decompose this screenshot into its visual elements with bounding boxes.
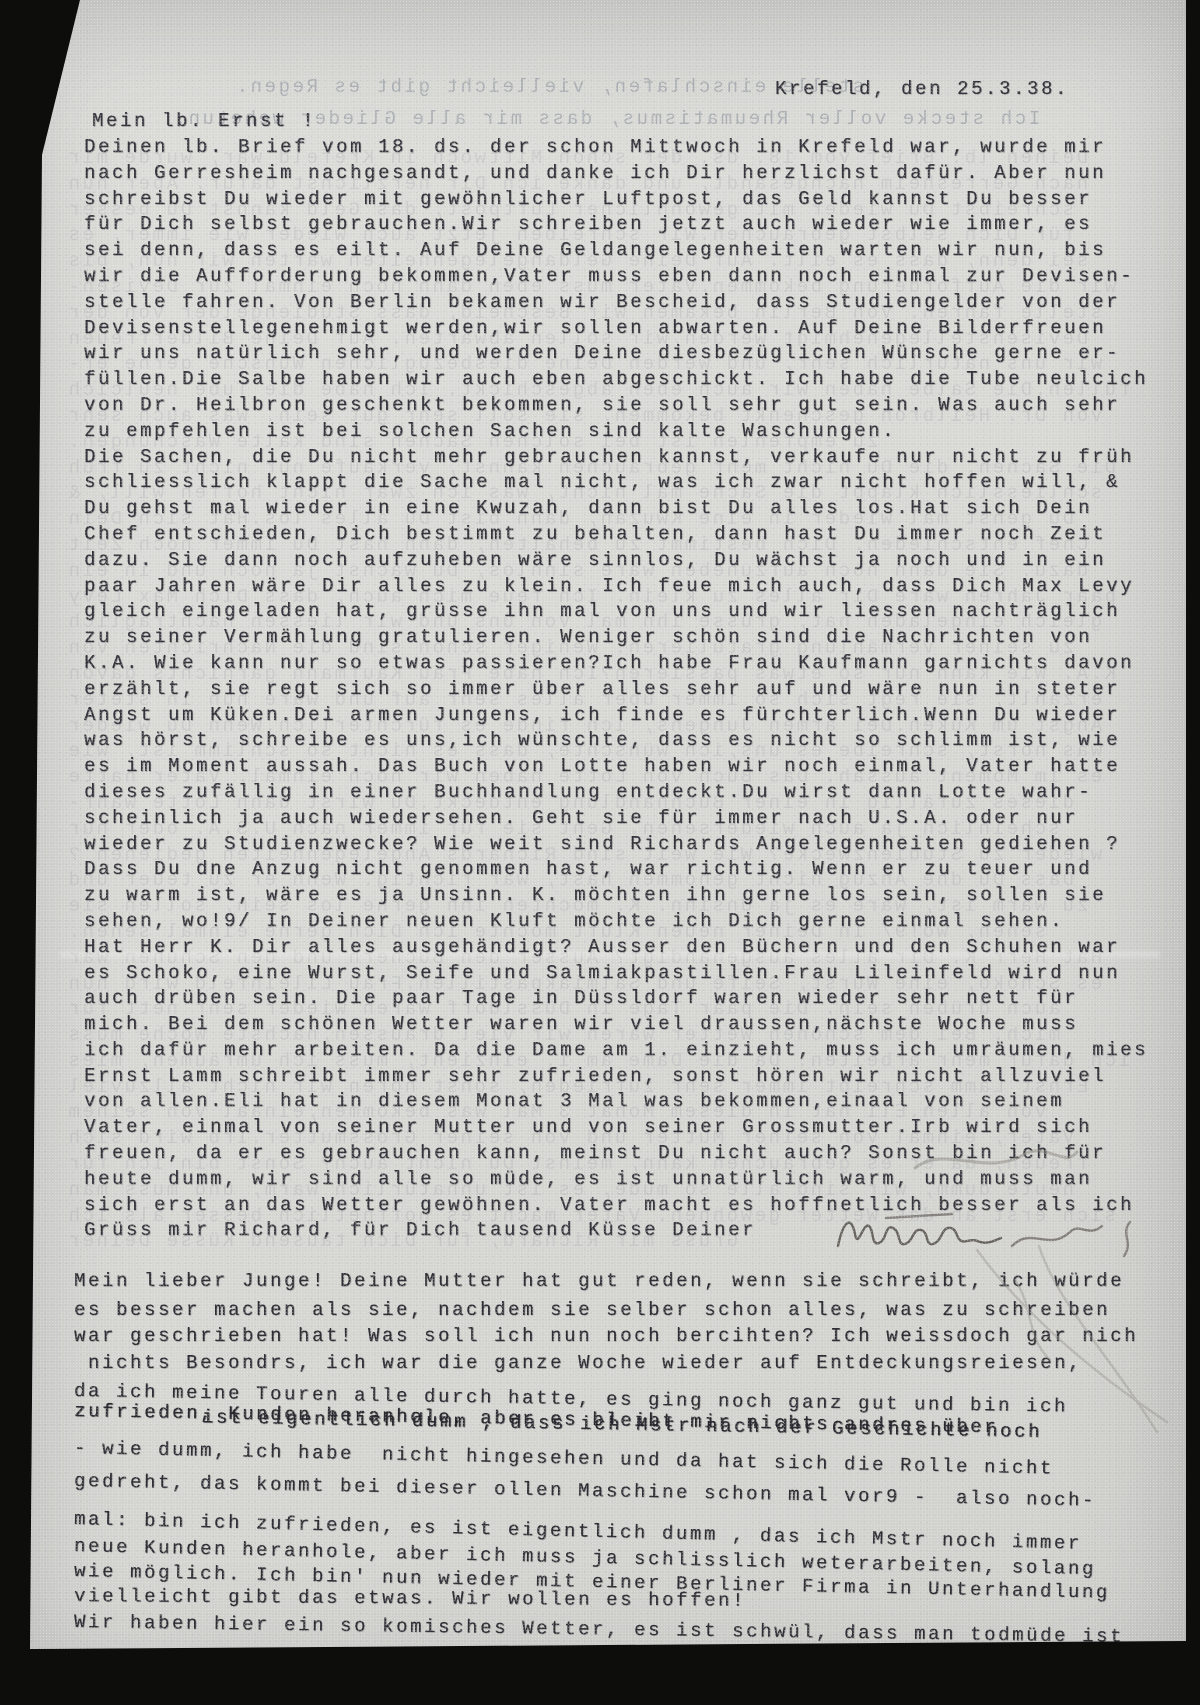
letter-line: nichts Besondrs, ich war die ganze Woche… [74,1352,1082,1374]
letter-line: Wir haben hier ein so komisches Wetter, … [74,1611,1124,1648]
letter-line: stelle fahren. Von Berlin bekamen wir Be… [84,290,1148,316]
letter-line: Mein lieber Junge! Deine Mutter hat gut … [74,1270,1124,1292]
letter-line: Devisenstellegenehmigt werden,wir sollen… [84,316,1148,342]
letter-line: Vater, einmal von seiner Mutter und von … [84,1115,1148,1141]
letter-line: wir uns natürlich sehr, und werden Deine… [84,341,1148,367]
letter-line: füllen.Die Salbe haben wir auch eben abg… [84,367,1148,393]
bleed-through-line: stelle einschlafen, vielleicht gibt es R… [150,54,864,98]
letter-line: wir die Aufforderung bekommen,Vater muss… [84,264,1148,290]
letter-line: sehen, wo!9/ In Deiner neuen Kluft möcht… [84,909,1148,935]
letter-line: mich. Bei dem schönen Wetter waren wir v… [84,1012,1148,1038]
letter-line: schreibst Du wieder mit gewöhnlicher Luf… [84,187,1148,213]
letter-line: K.A. Wie kann nur so etwas passieren?Ich… [84,651,1148,677]
letter-line: Du gehst mal wieder in eine Kwuzah, dann… [84,496,1148,522]
letter-line: sich erst an das Wetter gewöhnen. Vater … [84,1193,1148,1219]
letter-line: Die Sachen, die Du nicht mehr gebrauchen… [84,445,1148,471]
letter-line: Angst um Küken.Dei armen Jungens, ich fi… [84,703,1148,729]
letter-line: für Dich selbst gebrauchen.Wir schreiben… [84,212,1148,238]
letter-line: freuen, da er es gebrauchen kann, meinst… [84,1141,1148,1167]
dateline: Krefeld, den 25.3.38. [775,78,1069,100]
letter-line: Dass Du dne Anzug nicht genommen hast, w… [84,857,1148,883]
letter-line: Hat Herr K. Dir alles ausgehändigt? Auss… [84,935,1148,961]
letter-line: es Schoko, eine Wurst, Seife und Salmiak… [84,961,1148,987]
letter-line: paar Jahren wäre Dir alles zu klein. Ich… [84,574,1148,600]
letter-body-part1: Deinen lb. Brief vom 18. ds. der schon M… [84,135,1148,1244]
letter-line: von Dr. Heilbron geschenkt bekommen, sie… [84,393,1148,419]
letter-line: von allen.Eli hat in diesem Monat 3 Mal … [84,1089,1148,1115]
letter-line: gleich eingeladen hat, grüsse ihn mal vo… [84,599,1148,625]
letter-line: es im Moment aussah. Das Buch von Lotte … [84,754,1148,780]
letter-line: zu warm ist, wäre es ja Unsinn. K. möcht… [84,883,1148,909]
letter-line: schliesslich klappt die Sache mal nicht,… [84,470,1148,496]
letter-line: erzählt, sie regt sich so immer über all… [84,677,1148,703]
letter-line: es besser machen als sie, nachdem sie se… [74,1299,1110,1321]
letter-line: dazu. Sie dann noch aufzuheben wäre sinn… [84,548,1148,574]
letter-line: Chef entschieden, Dich bestimmt zu behal… [84,522,1148,548]
letter-line: was hörst, schreibe es uns,ich wünschte,… [84,728,1148,754]
letter-line: Deinen lb. Brief vom 18. ds. der schon M… [84,135,1148,161]
letter-line: heute dumm, wir sind alle so müde, es is… [84,1167,1148,1193]
letter-paper: stelle einschlafen, vielleicht gibt es R… [0,0,1200,1705]
letter-line: wieder zu Studienzwecke? Wie weit sind R… [84,832,1148,858]
letter-line: zu empfehlen ist bei solchen Sachen sind… [84,419,1148,445]
letter-line: sei denn, dass es eilt. Auf Deine Geldan… [84,238,1148,264]
letter-line: auch drüben sein. Die paar Tage in Düssl… [84,986,1148,1012]
letter-line: Ernst Lamm schreibt immer sehr zufrieden… [84,1064,1148,1090]
letter-line: vielleicht gibt das etwas. Wir wollen es… [74,1585,746,1612]
letter-line: scheinlich ja auch wiedersehen. Geht sie… [84,806,1148,832]
scanner-bed: stelle einschlafen, vielleicht gibt es R… [0,0,1200,1705]
letter-line: zu seiner Vermählung gratulieren. Wenige… [84,625,1148,651]
letter-line: Grüss mir Richard, für Dich tausend Küss… [84,1218,1148,1244]
letter-line: war geschrieben hat! Was soll ich nun no… [74,1325,1138,1347]
letter-line: ich dafür mehr arbeiten. Da die Dame am … [84,1038,1148,1064]
salutation: Mein lb. Ernst ! [92,110,316,132]
letter-line: nach Gerresheim nachgesandt, und danke i… [84,161,1148,187]
letter-line: dieses zufällig in einer Buchhandlung en… [84,780,1148,806]
